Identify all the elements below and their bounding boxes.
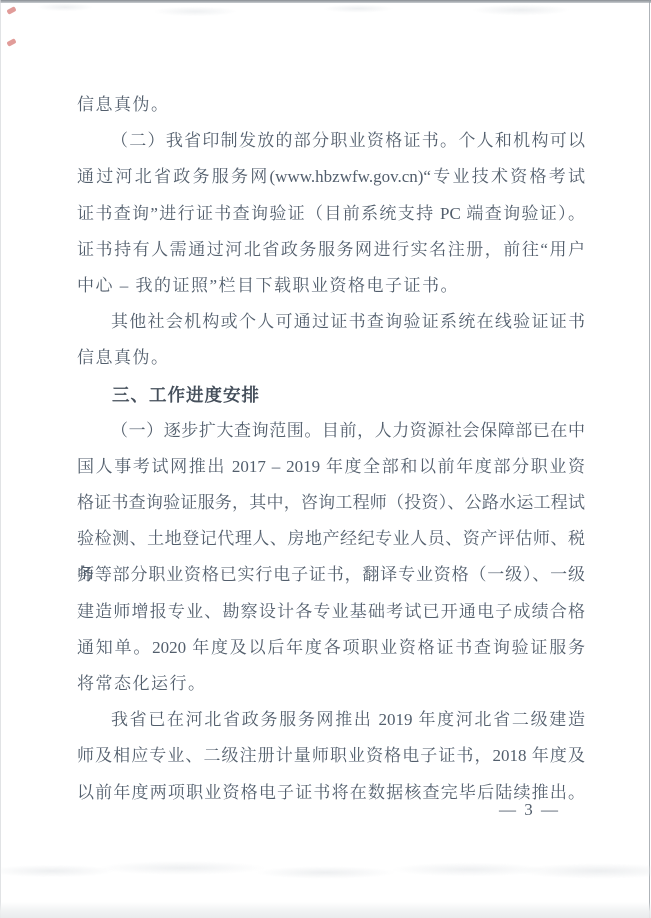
section-heading: 三、工作进度安排 — [77, 377, 585, 413]
document-line: 将常态化运行。 — [77, 666, 585, 702]
scan-edge-left — [0, 0, 1, 918]
document-line: （二）我省印制发放的部分职业资格证书。个人和机构可以 — [77, 123, 585, 159]
document-line: 信息真伪。 — [77, 87, 585, 123]
scan-noise-band — [0, 856, 651, 886]
document-body: 信息真伪。 （二）我省印制发放的部分职业资格证书。个人和机构可以 通过河北省政务… — [77, 87, 585, 811]
scan-edge-bottom — [0, 902, 651, 918]
scan-edge-right — [649, 0, 650, 918]
document-line: 信息真伪。 — [77, 340, 585, 376]
document-line: 师及相应专业、二级注册计量师职业资格电子证书，2018 年度及 — [77, 738, 585, 774]
document-line: 证书查询”进行证书查询验证（目前系统支持 PC 端查询验证）。 — [77, 196, 585, 232]
scan-noise-top — [0, 3, 651, 17]
document-line: 其他社会机构或个人可通过证书查询验证系统在线验证证书 — [77, 304, 585, 340]
document-line: （一）逐步扩大查询范围。目前，人力资源社会保障部已在中 — [77, 413, 585, 449]
scanned-document-page: 信息真伪。 （二）我省印制发放的部分职业资格证书。个人和机构可以 通过河北省政务… — [0, 0, 651, 918]
document-line: 师等部分职业资格已实行电子证书，翻译专业资格（一级）、一级 — [77, 557, 585, 593]
document-line: 通知单。2020 年度及以后年度各项职业资格证书查询验证服务 — [77, 630, 585, 666]
document-line: 通过河北省政务服务网(www.hbzwfw.gov.cn)“专业技术资格考试 — [77, 159, 585, 195]
document-line: 验检测、土地登记代理人、房地产经纪专业人员、资产评估师、税务 — [77, 521, 585, 557]
document-line: 国人事考试网推出 2017 – 2019 年度全部和以前年度部分职业资 — [77, 449, 585, 485]
document-line: 格证书查询验证服务，其中，咨询工程师（投资）、公路水运工程试 — [77, 485, 585, 521]
document-line: 建造师增报专业、勘察设计各专业基础考试已开通电子成绩合格 — [77, 594, 585, 630]
document-line: 中心 – 我的证照”栏目下载职业资格电子证书。 — [77, 268, 585, 304]
document-line: 我省已在河北省政务服务网推出 2019 年度河北省二级建造 — [77, 702, 585, 738]
document-line: 证书持有人需通过河北省政务服务网进行实名注册，前往“用户 — [77, 232, 585, 268]
page-number: — 3 — — [499, 799, 560, 821]
red-binding-mark — [6, 38, 16, 47]
